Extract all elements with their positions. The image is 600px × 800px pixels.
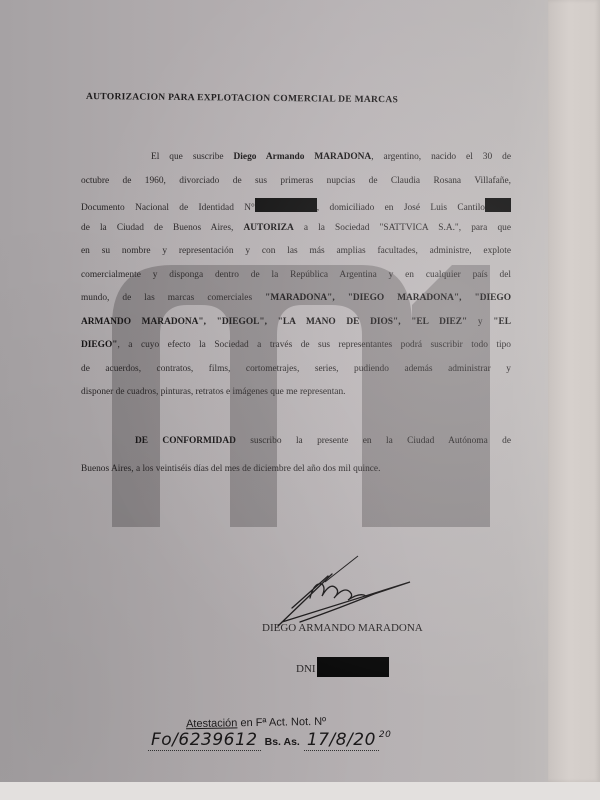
id-number-redaction bbox=[255, 198, 317, 212]
folio-number: Fo/6239612 bbox=[148, 730, 261, 751]
document-line: disponer de cuadros, pinturas, retratos … bbox=[81, 386, 511, 398]
notary-handwritten-line: Fo/6239612Bs. As.17/8/2020 bbox=[148, 730, 391, 750]
certification-text: en Fª Act. Not. Nº bbox=[237, 716, 326, 730]
date-suffix: 20 bbox=[379, 730, 391, 740]
place-label: Bs. As. bbox=[265, 736, 300, 748]
certification-label: Atestación bbox=[186, 717, 238, 730]
document-line: en su nombre y representación y con las … bbox=[81, 245, 511, 257]
document-line: ARMANDO MARADONA", "DIEGOL", "LA MANO DE… bbox=[81, 316, 511, 328]
document-line: mundo, de las marcas comerciales "MARADO… bbox=[81, 292, 511, 304]
document-line: DIEGO", a cuyo efecto la Sociedad a trav… bbox=[81, 339, 511, 351]
signatory-name: DIEGO ARMANDO MARADONA bbox=[262, 622, 423, 634]
certification-date: 17/8/20 bbox=[304, 730, 379, 751]
dni-redaction bbox=[317, 657, 389, 677]
document-line: de acuerdos, contratos, films, cortometr… bbox=[81, 363, 511, 375]
document-page: AUTORIZACION PARA EXPLOTACION COMERCIAL … bbox=[0, 0, 600, 782]
handwritten-signature bbox=[270, 552, 430, 632]
underlying-sheet-edge bbox=[548, 0, 600, 782]
document-line: comercialmente y disponga dentro de la R… bbox=[81, 269, 511, 281]
address-number-redaction bbox=[485, 198, 511, 212]
document-line: El que suscribe Diego Armando MARADONA, … bbox=[151, 151, 511, 163]
surface-below-document bbox=[0, 782, 600, 800]
dni-label: DNI bbox=[296, 663, 316, 675]
document-line: Documento Nacional de Identidad N°, domi… bbox=[81, 198, 511, 214]
notary-certification: Atestación en Fª Act. Not. Nº bbox=[186, 716, 326, 730]
document-line: DE CONFORMIDAD suscribo la presente en l… bbox=[135, 435, 511, 447]
document-title: AUTORIZACION PARA EXPLOTACION COMERCIAL … bbox=[86, 92, 506, 106]
dni-field: DNI bbox=[296, 657, 389, 677]
document-line: Buenos Aires, a los veintiséis días del … bbox=[81, 463, 511, 475]
document-line: octubre de 1960, divorciado de sus prime… bbox=[81, 175, 511, 187]
document-line: de la Ciudad de Buenos Aires, AUTORIZA a… bbox=[81, 222, 511, 234]
